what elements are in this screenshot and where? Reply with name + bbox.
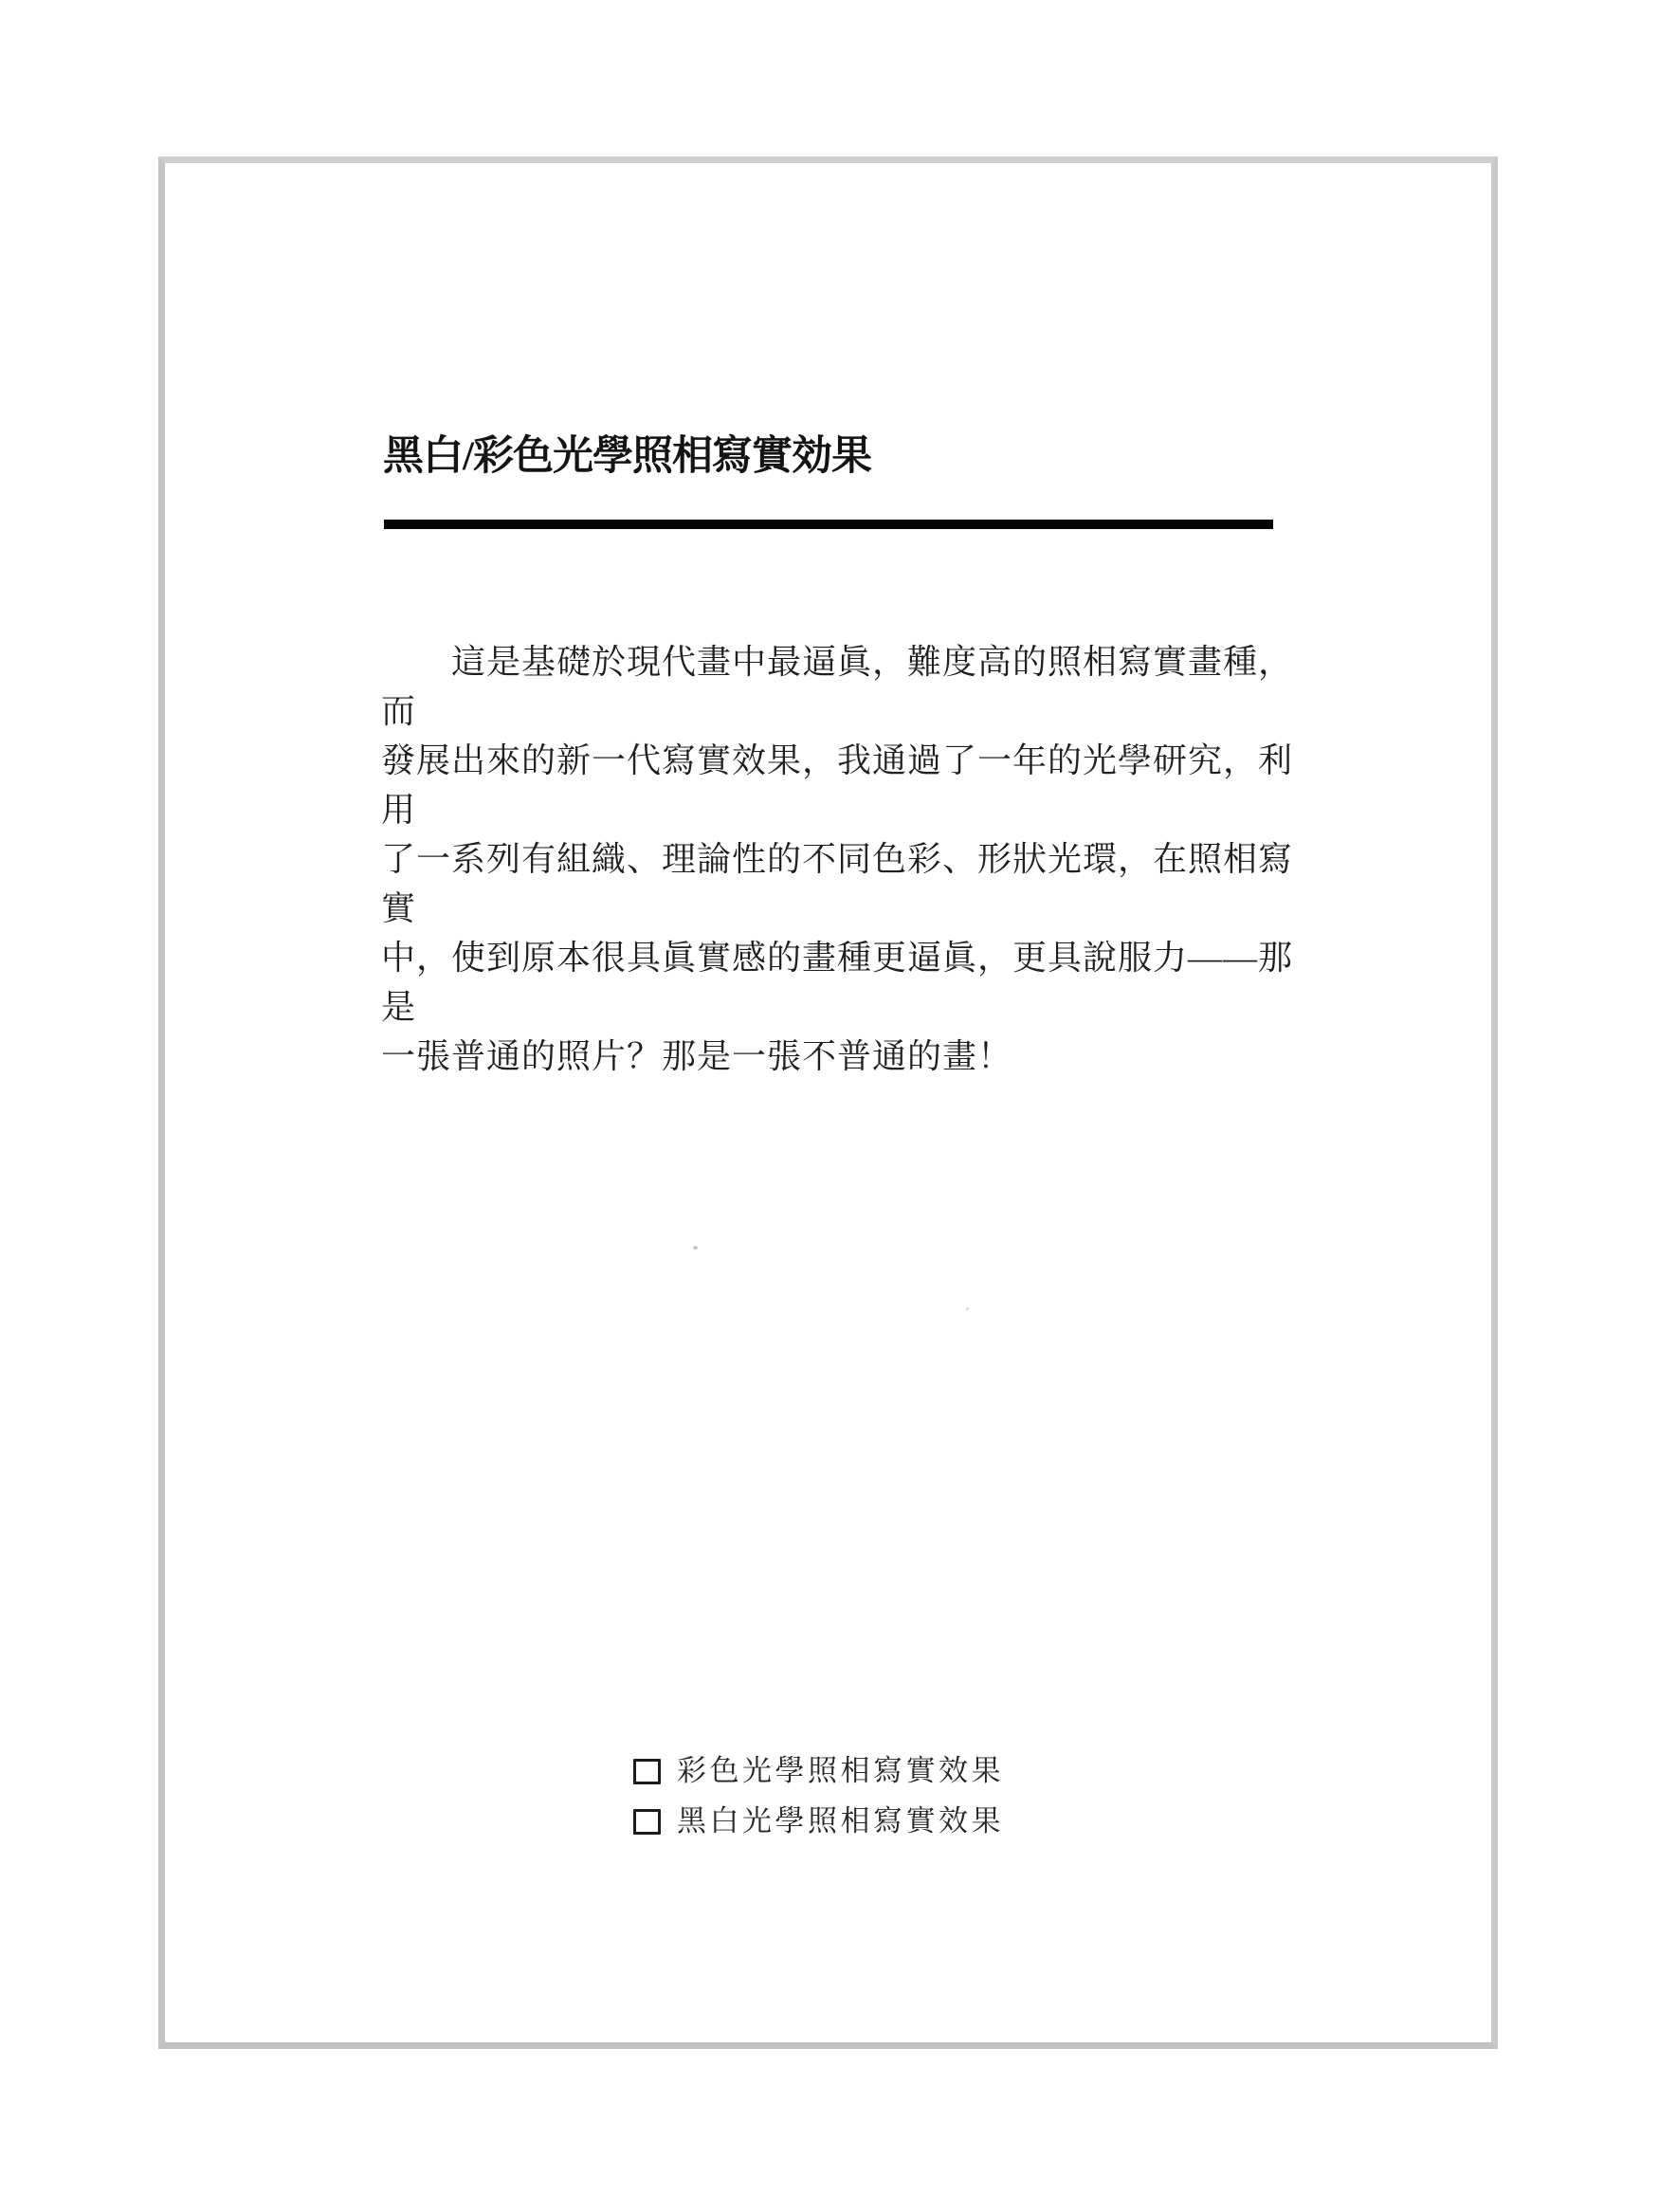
checkbox-icon[interactable] [633,1809,661,1835]
scan-speck [693,1246,698,1250]
paragraph-line: 中，使到原本很具眞實感的畫種更逼眞，更具說服力——那是 [381,933,1293,1032]
title-underline-rule [384,520,1273,529]
scan-speck [966,1307,969,1310]
paragraph-line: 發展出來的新一代寫實效果，我通過了一年的光學研究，利用 [381,736,1293,834]
option-row-color: 彩色光學照相寫實效果 [633,1754,1004,1788]
checkbox-icon[interactable] [633,1759,661,1784]
paragraph-line: 這是基礎於現代畫中最逼眞，難度高的照相寫實畫種，而 [381,637,1293,736]
body-paragraph: 這是基礎於現代畫中最逼眞，難度高的照相寫實畫種，而 發展出來的新一代寫實效果，我… [381,637,1293,1081]
options-group: 彩色光學照相寫實效果 黑白光學照相寫實效果 [633,1754,1004,1838]
option-label: 彩色光學照相寫實效果 [677,1754,1004,1788]
option-label: 黑白光學照相寫實效果 [677,1804,1004,1838]
option-row-bw: 黑白光學照相寫實效果 [633,1804,1004,1838]
paragraph-line: 一張普通的照片？那是一張不普通的畫！ [381,1032,1293,1081]
paragraph-line: 了一系列有組織、理論性的不同色彩、形狀光環，在照相寫實 [381,834,1293,933]
section-title: 黑白/彩色光學照相寫實効果 [383,432,1293,482]
